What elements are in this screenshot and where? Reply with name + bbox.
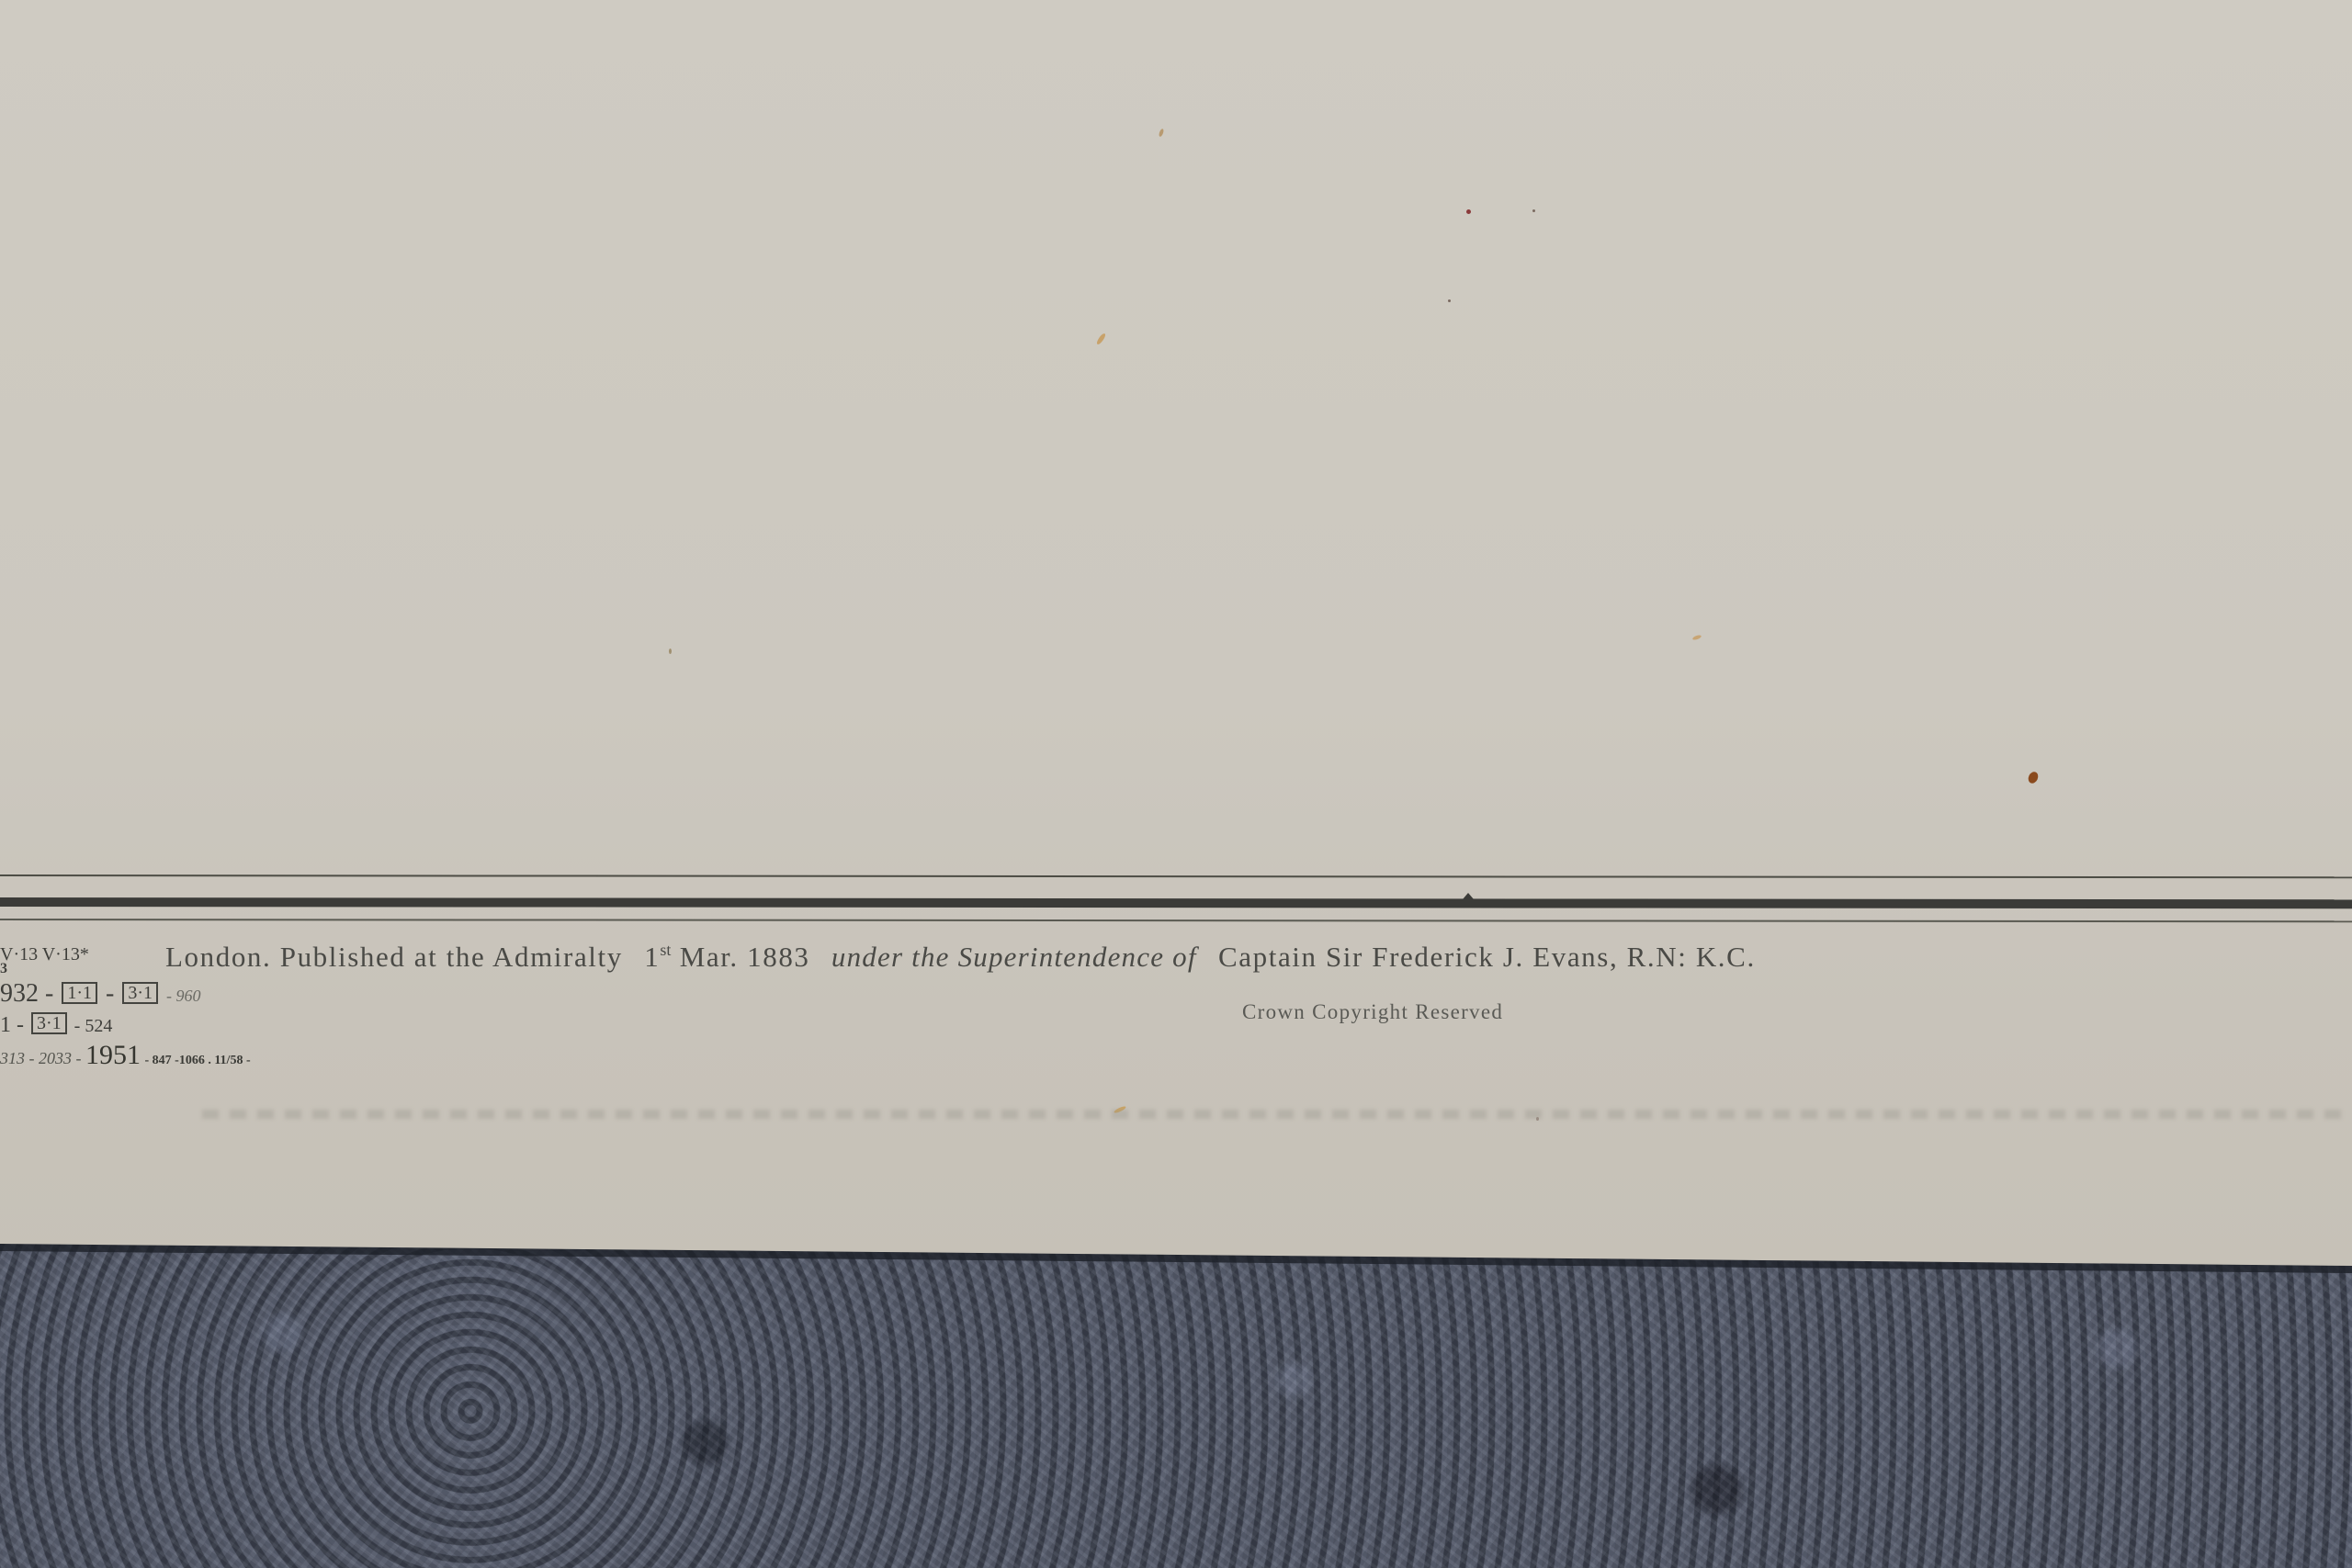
foxing-speck xyxy=(1532,209,1535,212)
imprint-superintendent: Captain Sir Frederick J. Evans, R.N: K.C… xyxy=(1218,941,1756,973)
code-box: 3·1 xyxy=(122,982,158,1004)
code-box: 1·1 xyxy=(62,982,97,1004)
neatline-thick xyxy=(0,897,2352,908)
code-prefix: 1 - xyxy=(0,1013,24,1037)
correction-code-line-4: 313 - 2033 - 1951 - 847 -1066 . 11/58 - xyxy=(0,1040,251,1071)
code-suffix: - 524 xyxy=(74,1016,113,1036)
code-suffix: - 960 xyxy=(166,987,201,1005)
imprint-date-day: 1 xyxy=(644,941,660,973)
foxing-speck xyxy=(1448,299,1451,302)
code-box: 3·1 xyxy=(31,1012,67,1034)
correction-code-line-2: 932 - 1·1 - 3·1 - 960 xyxy=(0,979,201,1009)
code-suffix: - 847 -1066 . 11/58 - xyxy=(145,1054,251,1067)
foxing-speck xyxy=(669,649,672,654)
code-year: 1951 xyxy=(85,1040,141,1070)
foxing-speck xyxy=(1692,634,1702,640)
imprint-superintendence: under the Superintendence of xyxy=(831,941,1197,973)
crown-copyright-notice: Crown Copyright Reserved xyxy=(1242,1000,1503,1024)
correction-code-line-1b: 3 xyxy=(0,961,7,977)
neatline-thin-top xyxy=(0,874,2352,878)
imprint-publisher: London. Published at the Admiralty xyxy=(165,941,623,973)
imprint-date-suffix: st xyxy=(660,941,671,959)
imprint-date: Mar. 1883 xyxy=(680,941,810,973)
stain-mark xyxy=(2027,770,2041,784)
code-separator: - xyxy=(106,979,114,1008)
neatline-tick-mark xyxy=(1463,893,1474,899)
chart-paper-sheet: V·13 V·13* 3 932 - 1·1 - 3·1 - 960 1 - 3… xyxy=(0,0,2352,1268)
foxing-speck xyxy=(1466,209,1471,214)
foxing-speck xyxy=(1095,333,1106,345)
foxing-speck xyxy=(1159,129,1165,138)
bleed-through-text xyxy=(202,1110,2352,1119)
code-prefix: 313 - 2033 - xyxy=(0,1049,82,1067)
code-prefix: 932 - xyxy=(0,979,53,1008)
correction-code-line-1: V·13 V·13* xyxy=(0,944,89,965)
correction-code-line-3: 1 - 3·1 - 524 xyxy=(0,1012,112,1038)
neatline-thin-bottom xyxy=(0,919,2352,922)
publication-imprint: London. Published at the Admiralty 1st M… xyxy=(165,941,1756,974)
